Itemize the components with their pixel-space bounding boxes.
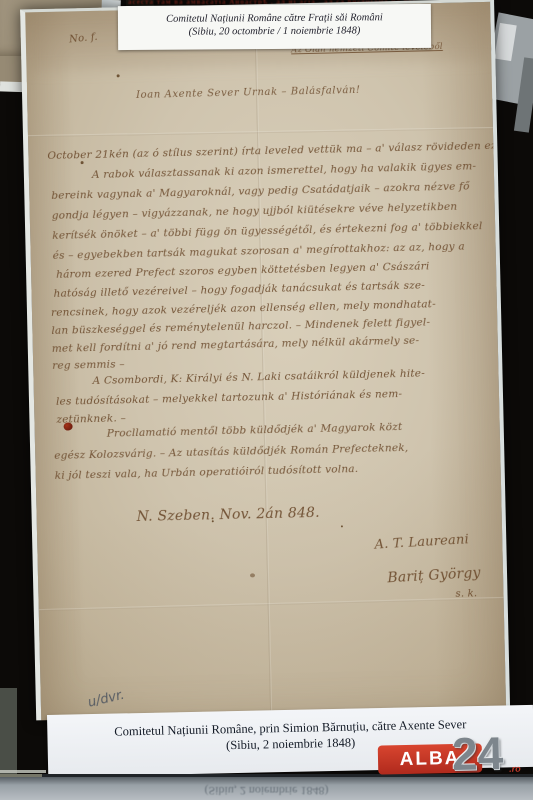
body-line: egész Kolozsvárig. – Az utasítás küldődj… bbox=[54, 442, 408, 462]
alba24-logo-number: 24 bbox=[451, 726, 503, 781]
horizontal-crease bbox=[28, 127, 493, 137]
body-line: October 21kén (az ó stílus szerint) írta… bbox=[47, 140, 500, 162]
body-line: kerítsék önöket – a' többi függ ön ügyes… bbox=[52, 220, 482, 242]
body-line: A Csombordi, K: Királyi és N. Laki csatá… bbox=[92, 367, 425, 387]
alba24-logo: ALBA 24 .ro bbox=[376, 733, 533, 782]
body-line: les tudósításokat – melyekkel tartozunk … bbox=[56, 388, 402, 408]
top-caption-subtitle: (Sibiu, 20 octombrie / 1 noiembrie 1848) bbox=[118, 24, 431, 39]
dateline: N. Szeben. Nov. 2án 848. bbox=[136, 505, 320, 525]
body-line: reg semmis – bbox=[52, 358, 125, 372]
body-line: Procllamatió mentől több küldődjék a' Ma… bbox=[107, 421, 403, 440]
body-line: három ezered Prefect szoros egyben kötte… bbox=[56, 260, 430, 280]
body-line: hatóság illető vezéreivel – hogy fogadjá… bbox=[53, 279, 425, 299]
alba24-logo-tld: .ro bbox=[509, 764, 521, 774]
body-line: zetünknek. – bbox=[56, 412, 126, 426]
top-caption-strip: Comitetul Națiunii Române către Frații s… bbox=[118, 4, 431, 50]
body-line: ki jól teszi vala, ha Urbán operatióiról… bbox=[55, 463, 359, 482]
case-edge-highlight bbox=[0, 770, 46, 773]
body-line: gondja légyen – vigyázzanak, ne hogy ujj… bbox=[52, 201, 458, 222]
signature-baritiu: Bariț György bbox=[387, 565, 481, 586]
salutation-line: Ioan Axente Sever Urnak – Balásfalván! bbox=[136, 85, 361, 101]
ink-speck bbox=[250, 573, 255, 577]
pencil-archive-note: u/dvr. bbox=[87, 688, 126, 711]
ink-speck bbox=[341, 525, 343, 527]
signature-note: s. k. bbox=[455, 588, 477, 599]
body-line: rencsinek, hogy azok vezéreljék azon ell… bbox=[51, 298, 436, 319]
horizontal-crease bbox=[39, 597, 504, 611]
letter-paper: No. f. Az Oláh nemzeti Comité leveléből … bbox=[20, 0, 510, 720]
reflected-caption-text: (Sibiu, 2 noiembrie 1848) bbox=[205, 783, 329, 798]
body-line: met kell fordítni a' jó rend megtartásár… bbox=[52, 335, 420, 355]
body-line: lan büszkeséggel és reménytelenül harczo… bbox=[51, 316, 430, 337]
vertical-fold-crease bbox=[254, 7, 272, 715]
body-line: bereink vagynak a' Magyaroknál, vagy ped… bbox=[51, 180, 470, 201]
museum-photo: асеста там ва амвасатιа Аноастрѣ . ал нι… bbox=[0, 0, 533, 800]
ink-speck bbox=[117, 74, 120, 77]
ink-speck bbox=[81, 161, 84, 164]
signature-laurian: A. T. Laureani bbox=[374, 532, 469, 552]
body-line: A rabok választassanak ki azon ismerette… bbox=[92, 160, 477, 181]
